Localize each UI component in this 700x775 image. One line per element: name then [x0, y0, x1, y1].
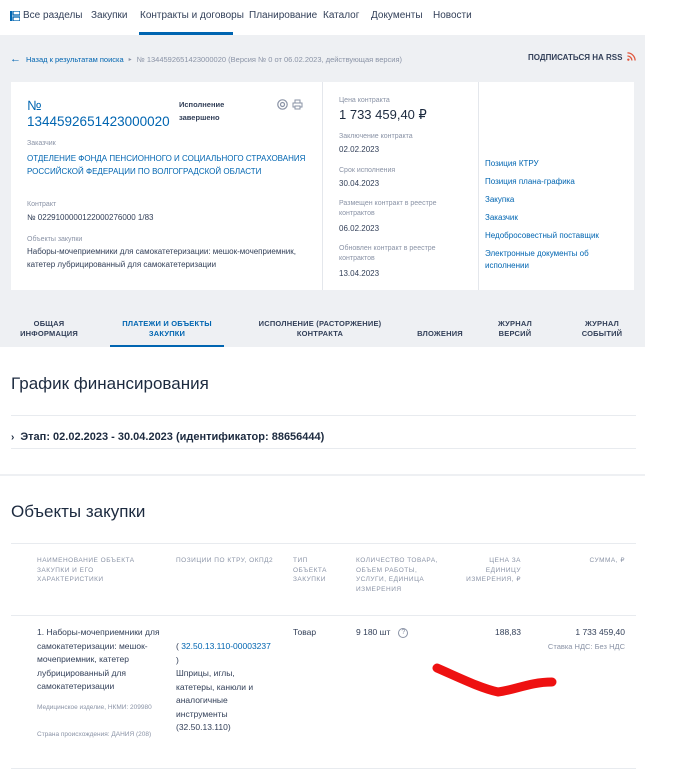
- contract-label: Контракт: [27, 201, 56, 208]
- col-name-header: НАИМЕНОВАНИЕ ОБЪЕКТА ЗАКУПКИ И ЕГО ХАРАК…: [37, 556, 147, 585]
- tab-bar: ОБЩАЯ ИНФОРМАЦИЯ ПЛАТЕЖИ И ОБЪЕКТЫ ЗАКУП…: [0, 307, 645, 347]
- ktru-code-link[interactable]: 32.50.13.110-00003237: [181, 641, 271, 651]
- nav-catalog[interactable]: Каталог: [323, 10, 359, 21]
- tab-label: ВЛОЖЕНИЯ: [417, 329, 463, 338]
- divider: [11, 543, 636, 544]
- objects-label: Объекты закупки: [27, 236, 82, 243]
- red-annotation-mark: [430, 660, 560, 700]
- subscribe-rss-link[interactable]: ПОДПИСАТЬСЯ НА RSS: [528, 53, 622, 62]
- nav-contracts[interactable]: Контракты и договоры: [140, 10, 244, 21]
- tab-payments-objects[interactable]: ПЛАТЕЖИ И ОБЪЕКТЫ ЗАКУПКИ: [110, 319, 224, 339]
- conclusion-label: Заключение контракта: [339, 133, 413, 140]
- objects-title: Объекты закупки: [11, 502, 145, 522]
- quantity-cell: 9 180 шт?: [356, 626, 408, 640]
- country-info: Страна происхождения: ДАНИЯ (208): [37, 730, 152, 740]
- tab-attachments[interactable]: ВЛОЖЕНИЯ: [412, 329, 468, 339]
- price-label: Цена контракта: [339, 97, 390, 104]
- print-icon[interactable]: [292, 97, 303, 108]
- tab-label: ИСПОЛНЕНИЕ (РАСТОРЖЕНИЕ) КОНТРАКТА: [259, 319, 382, 338]
- back-arrow-icon[interactable]: ←: [10, 54, 21, 64]
- link-e-documents[interactable]: Электронные документы об исполнении: [485, 248, 625, 272]
- link-unfair-supplier[interactable]: Недобросовестный поставщик: [485, 230, 625, 242]
- tab-label: ПЛАТЕЖИ И ОБЪЕКТЫ ЗАКУПКИ: [122, 319, 212, 338]
- link-purchase[interactable]: Закупка: [485, 194, 625, 206]
- rss-icon[interactable]: [627, 52, 636, 61]
- registry-number-value: 1344592651423000020: [27, 114, 170, 130]
- chevron-right-icon[interactable]: ›: [11, 432, 14, 443]
- nav-documents[interactable]: Документы: [371, 10, 423, 21]
- card-divider: [322, 82, 323, 290]
- tab-label: ОБЩАЯ ИНФОРМАЦИЯ: [20, 319, 78, 338]
- registry-number-prefix: №: [27, 98, 170, 114]
- deadline-label: Срок исполнения: [339, 167, 395, 174]
- nav-news[interactable]: Новости: [433, 10, 472, 21]
- conclusion-date: 02.02.2023: [339, 143, 379, 156]
- vat-rate: Ставка НДС: Без НДС: [500, 642, 625, 652]
- tab-general-info[interactable]: ОБЩАЯ ИНФОРМАЦИЯ: [18, 319, 80, 339]
- placed-label: Размещен контракт в реестре контрактов: [339, 199, 459, 219]
- col-sum-header: СУММА, ₽: [545, 556, 625, 566]
- status-badge: Исполнение завершено: [179, 98, 259, 124]
- top-navigation: Все разделы Закупки Контракты и договоры…: [0, 0, 700, 35]
- sum-value: 1 733 459,40: [525, 626, 625, 640]
- med-device-info: Медицинское изделие, НКМИ: 209980: [37, 703, 152, 713]
- divider: [11, 615, 636, 616]
- sections-grid-icon[interactable]: [10, 11, 20, 21]
- back-to-results-link[interactable]: Назад к результатам поиска: [26, 55, 124, 64]
- link-plan-position[interactable]: Позиция плана-графика: [485, 176, 625, 188]
- customer-label: Заказчик: [27, 140, 56, 147]
- quantity-value: 9 180 шт: [356, 627, 390, 637]
- nav-purchases[interactable]: Закупки: [91, 10, 127, 21]
- contract-price: 1 733 459,40 ₽: [339, 107, 427, 123]
- unit-price: 188,83: [455, 626, 521, 640]
- breadcrumb-current: № 1344592651423000020 (Версия № 0 от 06.…: [137, 55, 402, 64]
- contract-card: № 1344592651423000020 Исполнение заверше…: [11, 82, 634, 290]
- related-links: Позиция КТРУ Позиция плана-графика Закуп…: [485, 158, 625, 278]
- divider: [11, 415, 636, 416]
- link-customer[interactable]: Заказчик: [485, 212, 625, 224]
- updated-label: Обновлен контракт в реестре контрактов: [339, 244, 459, 264]
- financing-title: График финансирования: [11, 374, 209, 394]
- registry-number[interactable]: № 1344592651423000020: [27, 98, 170, 130]
- breadcrumb: ← Назад к результатам поиска ▸ № 1344592…: [10, 52, 402, 66]
- okpd-text: Шприцы, иглы, катетеры, канюли и аналоги…: [176, 668, 253, 732]
- objects-value: Наборы-мочеприемники для самокатетеризац…: [27, 245, 317, 271]
- divider: [11, 768, 636, 769]
- link-ktru-position[interactable]: Позиция КТРУ: [485, 158, 625, 170]
- active-tab-indicator: [110, 345, 224, 347]
- stage-row[interactable]: › Этап: 02.02.2023 - 30.04.2023 (идентиф…: [11, 431, 324, 443]
- tab-label: ЖУРНАЛ ВЕРСИЙ: [498, 319, 532, 338]
- email-icon[interactable]: [277, 97, 288, 108]
- object-name: 1. Наборы-мочеприемники для самокатетери…: [37, 626, 162, 694]
- nav-all-sections[interactable]: Все разделы: [23, 10, 82, 21]
- ktru-cell: ( 32.50.13.110-00003237 )Шприцы, иглы, к…: [176, 640, 271, 735]
- section-divider: [0, 474, 645, 476]
- updated-date: 13.04.2023: [339, 267, 379, 280]
- divider: [11, 448, 636, 449]
- customer-link[interactable]: ОТДЕЛЕНИЕ ФОНДА ПЕНСИОННОГО И СОЦИАЛЬНОГ…: [27, 152, 307, 178]
- col-ktru-header: ПОЗИЦИИ ПО КТРУ, ОКПД2: [176, 556, 286, 566]
- nav-planning[interactable]: Планирование: [249, 10, 317, 21]
- help-icon[interactable]: ?: [398, 628, 408, 638]
- breadcrumb-separator-icon: ▸: [129, 56, 132, 63]
- col-unit-price-header: ЦЕНА ЗА ЕДИНИЦУ ИЗМЕРЕНИЯ, ₽: [455, 556, 521, 585]
- deadline-date: 30.04.2023: [339, 177, 379, 190]
- tab-versions-log[interactable]: ЖУРНАЛ ВЕРСИЙ: [490, 319, 540, 339]
- placed-date: 06.02.2023: [339, 222, 379, 235]
- object-type: Товар: [293, 626, 316, 640]
- contract-number: № 0229100000122000276000 1/83: [27, 211, 153, 224]
- tab-label: ЖУРНАЛ СОБЫТИЙ: [582, 319, 623, 338]
- col-type-header: ТИП ОБЪЕКТА ЗАКУПКИ: [293, 556, 333, 585]
- col-quantity-header: КОЛИЧЕСТВО ТОВАРА, ОБЪЕМ РАБОТЫ, УСЛУГИ,…: [356, 556, 446, 594]
- tab-events-log[interactable]: ЖУРНАЛ СОБЫТИЙ: [575, 319, 629, 339]
- stage-label: Этап: 02.02.2023 - 30.04.2023 (идентифик…: [20, 431, 324, 443]
- tab-execution[interactable]: ИСПОЛНЕНИЕ (РАСТОРЖЕНИЕ) КОНТРАКТА: [250, 319, 390, 339]
- card-divider: [478, 82, 479, 290]
